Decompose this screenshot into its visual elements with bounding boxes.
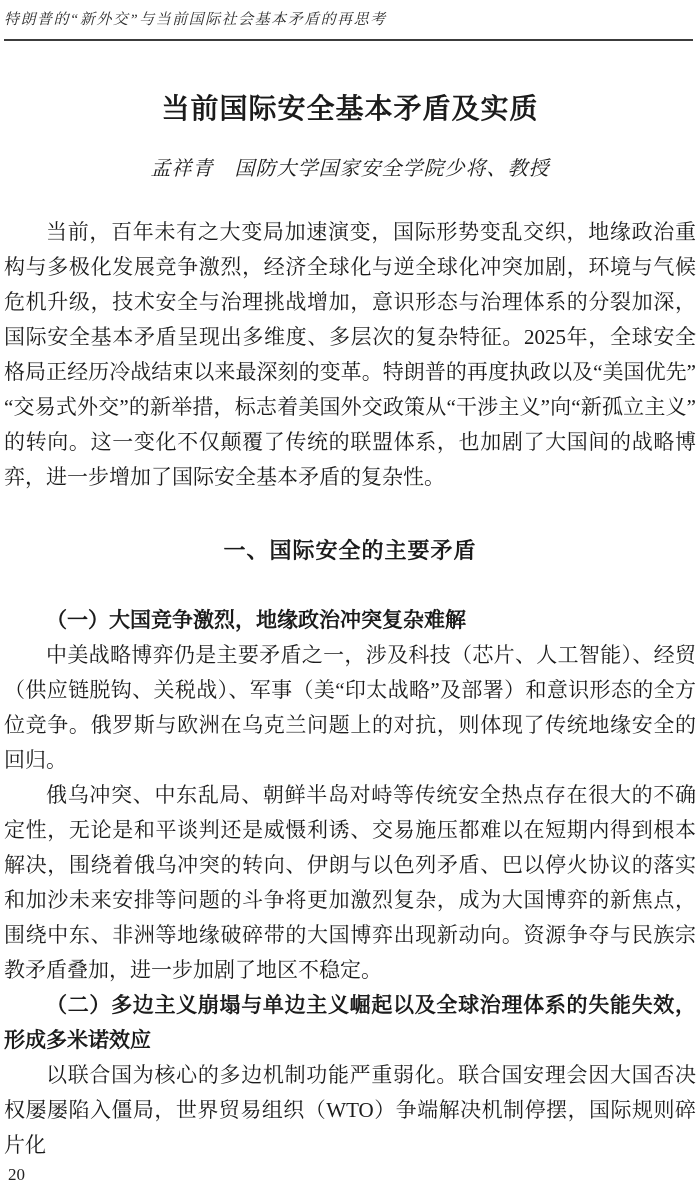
section-heading-1: 一、国际安全的主要矛盾 [4, 533, 696, 568]
subsection-1-paragraph-1: 中美战略博弈仍是主要矛盾之一，涉及科技（芯片、人工智能）、经贸（供应链脱钩、关税… [4, 638, 696, 778]
subsection-heading-1: （一）大国竞争激烈，地缘政治冲突复杂难解 [4, 603, 696, 638]
page-content: 当前国际安全基本矛盾及实质 孟祥青 国防大学国家安全学院少将、教授 当前，百年未… [0, 92, 700, 1163]
author-affiliation-line: 孟祥青 国防大学国家安全学院少将、教授 [4, 156, 696, 182]
article-title: 当前国际安全基本矛盾及实质 [4, 92, 696, 128]
document-page: 特朗普的“新外交”与当前国际社会基本矛盾的再思考 当前国际安全基本矛盾及实质 孟… [0, 0, 700, 1195]
page-number: 20 [8, 1164, 25, 1186]
intro-paragraph: 当前，百年未有之大变局加速演变，国际形势变乱交织，地缘政治重构与多极化发展竞争激… [4, 215, 696, 495]
subsection-2-paragraph-1: 以联合国为核心的多边机制功能严重弱化。联合国安理会因大国否决权屡屡陷入僵局，世界… [4, 1058, 696, 1163]
subsection-1-paragraph-2: 俄乌冲突、中东乱局、朝鲜半岛对峙等传统安全热点存在很大的不确定性，无论是和平谈判… [4, 778, 696, 988]
header-rule-divider [4, 39, 693, 41]
running-header: 特朗普的“新外交”与当前国际社会基本矛盾的再思考 [4, 8, 387, 29]
subsection-heading-2: （二）多边主义崩塌与单边主义崛起以及全球治理体系的失能失效，形成多米诺效应 [4, 988, 696, 1058]
